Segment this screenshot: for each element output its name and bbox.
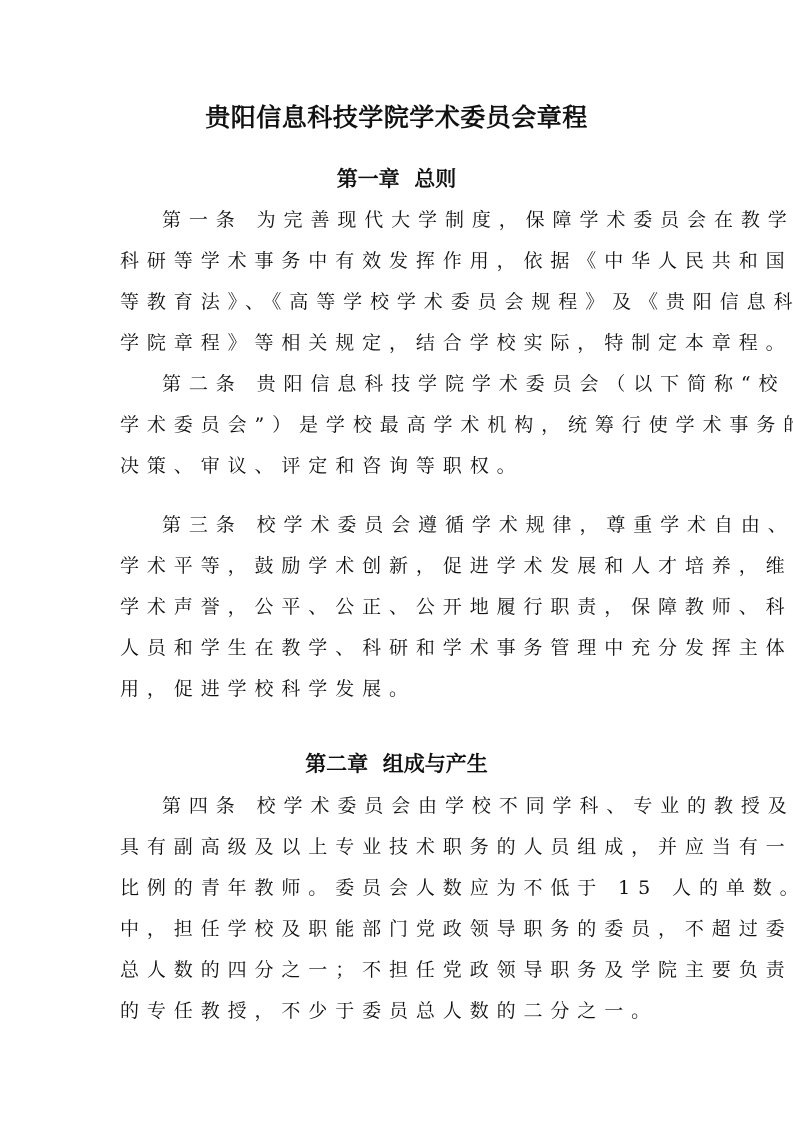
article-2-line-1: 第二条 贵阳信息科技学院学术委员会（以下简称“校 xyxy=(120,364,680,405)
article-4-line-6: 的专任教授，不少于委员总人数的二分之一。 xyxy=(120,991,680,1032)
chapter-1-heading: 第一章 总则 xyxy=(0,164,793,194)
document-title: 贵阳信息科技学院学术委员会章程 xyxy=(0,101,793,135)
article-1-line-4: 学院章程》等相关规定，结合学校实际，特制定本章程。 xyxy=(120,323,680,364)
article-2-line-3: 决策、审议、评定和咨询等职权。 xyxy=(120,446,680,487)
article-1: 第一条 为完善现代大学制度，保障学术委员会在教学、 科研等学术事务中有效发挥作用… xyxy=(120,200,680,364)
article-3-line-1: 第三条 校学术委员会遵循学术规律，尊重学术自由、 xyxy=(120,505,680,546)
article-3-line-2: 学术平等，鼓励学术创新，促进学术发展和人才培养，维护 xyxy=(120,546,680,587)
article-1-line-1: 第一条 为完善现代大学制度，保障学术委员会在教学、 xyxy=(120,200,680,241)
document-page: 贵阳信息科技学院学术委员会章程 第一章 总则 第一条 为完善现代大学制度，保障学… xyxy=(0,0,793,1122)
chapter-2-heading: 第二章 组成与产生 xyxy=(0,749,793,779)
article-4-line-3: 比例的青年教师。委员会人数应为不低于 15 人的单数。其 xyxy=(120,868,680,909)
article-4-line-5: 总人数的四分之一；不担任党政领导职务及学院主要负责人 xyxy=(120,950,680,991)
article-4: 第四条 校学术委员会由学校不同学科、专业的教授及 具有副高级及以上专业技术职务的… xyxy=(120,786,680,1032)
article-1-line-2: 科研等学术事务中有效发挥作用，依据《中华人民共和国高 xyxy=(120,241,680,282)
article-4-line-4: 中，担任学校及职能部门党政领导职务的委员，不超过委员 xyxy=(120,909,680,950)
article-2-line-2: 学术委员会”）是学校最高学术机构，统筹行使学术事务的 xyxy=(120,405,680,446)
article-4-line-1: 第四条 校学术委员会由学校不同学科、专业的教授及 xyxy=(120,786,680,827)
article-3-line-3: 学术声誉，公平、公正、公开地履行职责，保障教师、科研 xyxy=(120,587,680,628)
article-3-line-4: 人员和学生在教学、科研和学术事务管理中充分发挥主体作 xyxy=(120,628,680,669)
article-3-line-5: 用，促进学校科学发展。 xyxy=(120,669,680,710)
article-1-line-3: 等教育法》、《高等学校学术委员会规程》及《贵阳信息科技 xyxy=(120,282,680,323)
article-3: 第三条 校学术委员会遵循学术规律，尊重学术自由、 学术平等，鼓励学术创新，促进学… xyxy=(120,505,680,710)
article-4-line-2: 具有副高级及以上专业技术职务的人员组成，并应当有一定 xyxy=(120,827,680,868)
article-2: 第二条 贵阳信息科技学院学术委员会（以下简称“校 学术委员会”）是学校最高学术机… xyxy=(120,364,680,487)
